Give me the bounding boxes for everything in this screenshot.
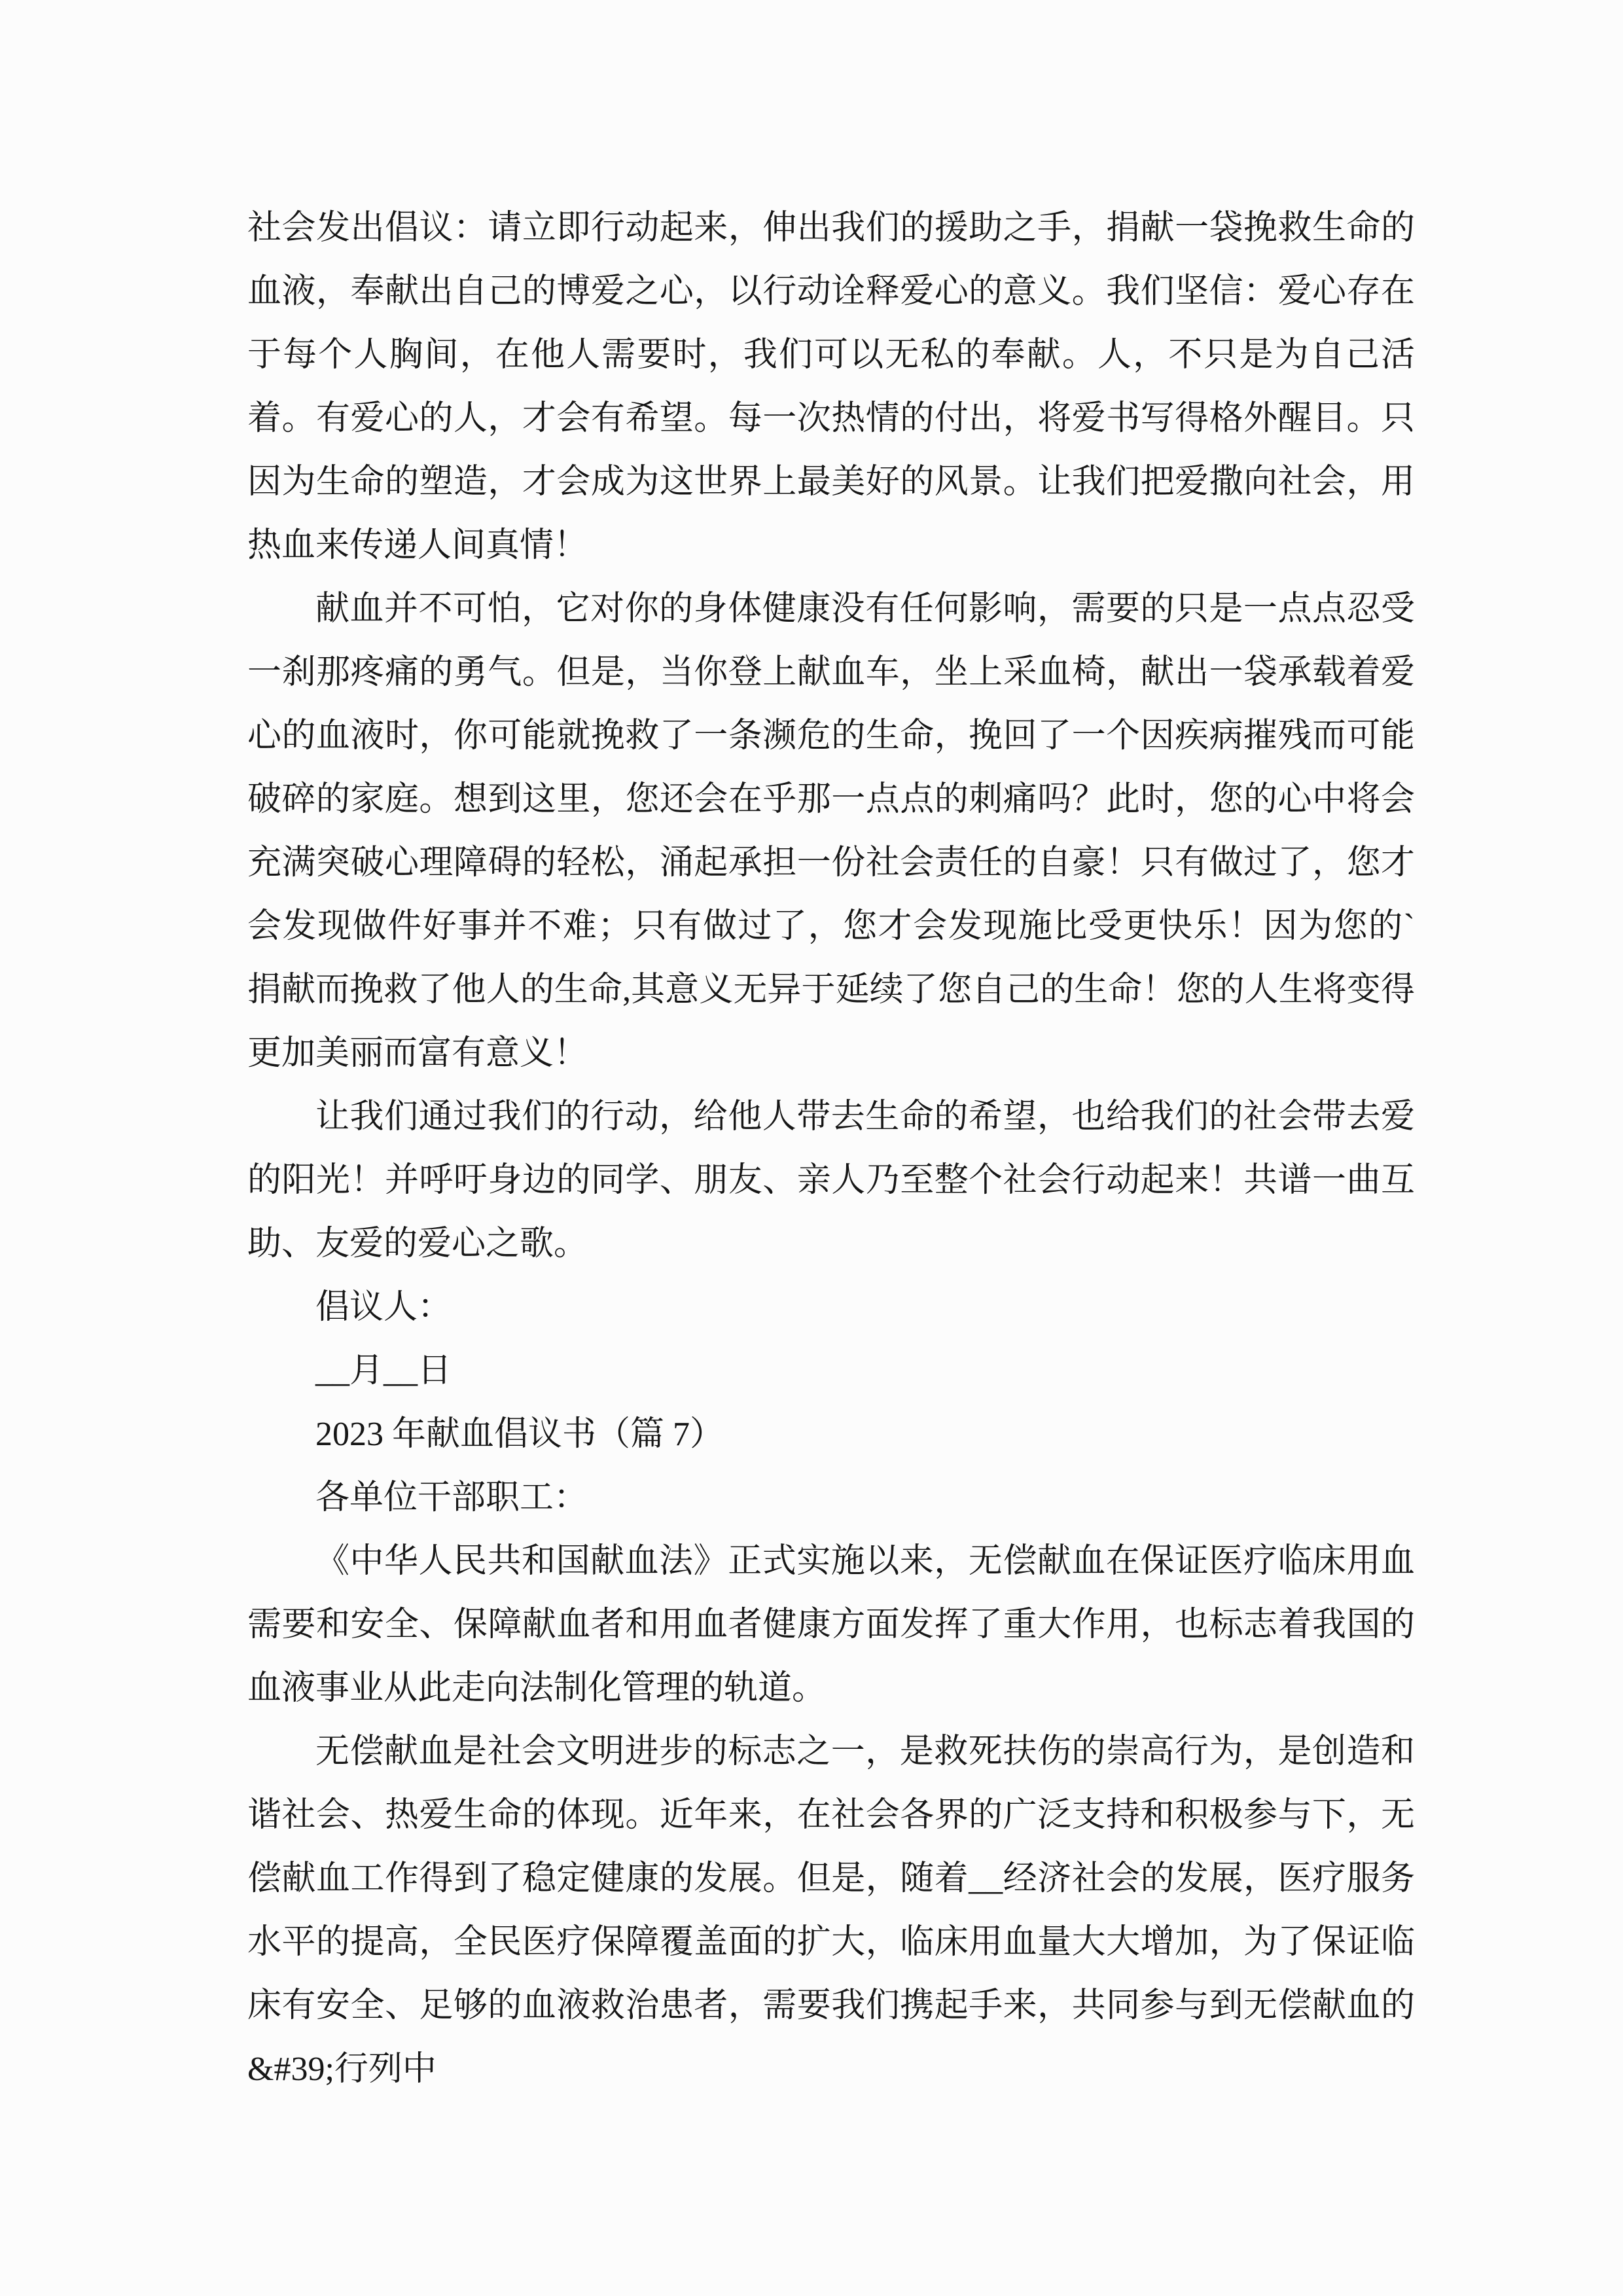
- document-page: 社会发出倡议：请立即行动起来，伸出我们的援助之手，捐献一袋挽救生命的血液，奉献出…: [0, 0, 1623, 2296]
- paragraph-civilization-progress: 无偿献血是社会文明进步的标志之一，是救死扶伤的崇高行为，是创造和谐社会、热爱生命…: [247, 1720, 1415, 2101]
- salutation-line: 各单位干部职工：: [247, 1466, 1415, 1530]
- signature-proposer-line: 倡议人：: [247, 1276, 1415, 1339]
- section-title-part7: 2023 年献血倡议书（篇 7）: [247, 1403, 1415, 1466]
- paragraph-continuation: 社会发出倡议：请立即行动起来，伸出我们的援助之手，捐献一袋挽救生命的血液，奉献出…: [247, 196, 1415, 577]
- paragraph-donation-not-scary: 献血并不可怕，它对你的身体健康没有任何影响，需要的只是一点点忍受一刹那疼痛的勇气…: [247, 577, 1415, 1085]
- signature-date-line: __月__日: [247, 1339, 1415, 1403]
- document-body: 社会发出倡议：请立即行动起来，伸出我们的援助之手，捐献一袋挽救生命的血液，奉献出…: [247, 196, 1415, 2101]
- paragraph-donation-law: 《中华人民共和国献血法》正式实施以来，无偿献血在保证医疗临床用血需要和安全、保障…: [247, 1530, 1415, 1720]
- paragraph-call-to-action: 让我们通过我们的行动，给他人带去生命的希望，也给我们的社会带去爱的阳光！并呼吁身…: [247, 1085, 1415, 1276]
